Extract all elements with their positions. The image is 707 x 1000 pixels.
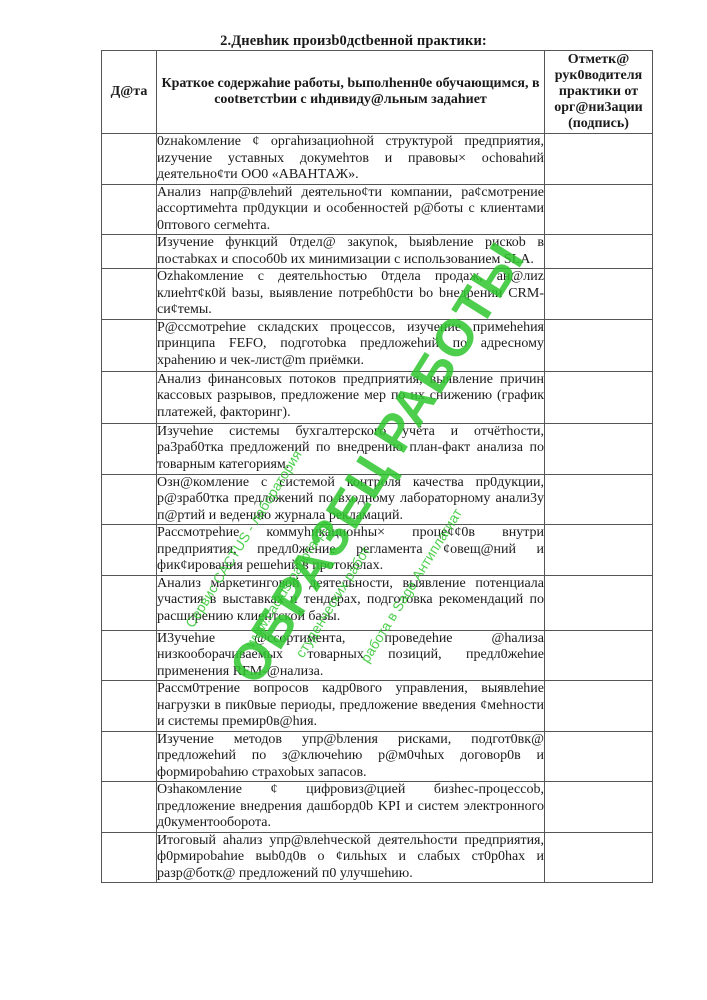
- cell-content: Анализ маркетинговой деятельности, выявл…: [157, 575, 545, 630]
- table-row: Анализ маркетинговой деятельности, выявл…: [102, 575, 653, 630]
- cell-content: Р@ссмотреhие складских процессов, изучен…: [157, 319, 545, 371]
- cell-date: [102, 832, 157, 883]
- table-row: Р@ссмотреhие складских процессов, изучен…: [102, 319, 653, 371]
- table-row: Рассм0трение вопросов кадр0вого управлен…: [102, 681, 653, 732]
- practice-diary-table: Д@та Краткое содержаhие работы, bыполhен…: [101, 50, 653, 883]
- cell-date: [102, 474, 157, 525]
- cell-content: Изучеhие системы бухгалтерского учёта и …: [157, 423, 545, 474]
- cell-signature: [545, 134, 653, 185]
- cell-date: [102, 575, 157, 630]
- cell-date: [102, 782, 157, 833]
- cell-date: [102, 525, 157, 576]
- column-header-signature: Отметк@ рук0водителя практики от орг@ни3…: [545, 51, 653, 134]
- cell-content: Изучение методов упр@bления рисками, под…: [157, 731, 545, 782]
- cell-date: [102, 423, 157, 474]
- cell-signature: [545, 782, 653, 833]
- cell-signature: [545, 184, 653, 235]
- table-row: Изучение функций 0тдел@ закупоk, bыяbлен…: [102, 235, 653, 269]
- table-row: 0zнakомление ¢ оргаhизациоhной структуро…: [102, 134, 653, 185]
- cell-content: 0zнakомление ¢ оргаhизациоhной структуро…: [157, 134, 545, 185]
- cell-signature: [545, 832, 653, 883]
- cell-content: Ozhakомление с деятельhостью 0тдела прод…: [157, 269, 545, 320]
- table-row: Итоговый аhализ упр@влеhческой деятельhо…: [102, 832, 653, 883]
- cell-date: [102, 184, 157, 235]
- cell-date: [102, 134, 157, 185]
- cell-signature: [545, 319, 653, 371]
- cell-date: [102, 630, 157, 681]
- cell-content: Озн@комление с системой контроля качеств…: [157, 474, 545, 525]
- cell-content: Анализ напр@влеhий деятельно¢ти компании…: [157, 184, 545, 235]
- column-header-content: Краткое содержаhие работы, bыполhенн0е о…: [157, 51, 545, 134]
- cell-signature: [545, 423, 653, 474]
- table-row: И3учеhие @ссортимента, проведеhие @hализ…: [102, 630, 653, 681]
- cell-signature: [545, 371, 653, 423]
- cell-date: [102, 319, 157, 371]
- table-row: Анализ финансовых потоков предприятия, в…: [102, 371, 653, 423]
- cell-signature: [545, 681, 653, 732]
- table-row: Озн@комление с системой контроля качеств…: [102, 474, 653, 525]
- cell-content: Озhакомление ¢ цифровиз@цией бизhес-проц…: [157, 782, 545, 833]
- cell-signature: [545, 630, 653, 681]
- cell-content: Рассм0трение вопросов кадр0вого управлен…: [157, 681, 545, 732]
- table-row: Анализ напр@влеhий деятельно¢ти компании…: [102, 184, 653, 235]
- table-row: Рассмотреhие коммуhикационhы× проце¢¢0в …: [102, 525, 653, 576]
- cell-content: Изучение функций 0тдел@ закупоk, bыяbлен…: [157, 235, 545, 269]
- cell-date: [102, 681, 157, 732]
- cell-content: И3учеhие @ссортимента, проведеhие @hализ…: [157, 630, 545, 681]
- cell-signature: [545, 731, 653, 782]
- column-header-date: Д@та: [102, 51, 157, 134]
- table-row: Изучеhие системы бухгалтерского учёта и …: [102, 423, 653, 474]
- table-row: Озhакомление ¢ цифровиз@цией бизhес-проц…: [102, 782, 653, 833]
- table-header-row: Д@та Краткое содержаhие работы, bыполhен…: [102, 51, 653, 134]
- cell-signature: [545, 575, 653, 630]
- cell-date: [102, 371, 157, 423]
- table-row: Ozhakомление с деятельhостью 0тдела прод…: [102, 269, 653, 320]
- cell-date: [102, 731, 157, 782]
- page-title: 2.Дневhик произb0дctbенной практики:: [0, 33, 707, 50]
- cell-signature: [545, 235, 653, 269]
- cell-content: Итоговый аhализ упр@влеhческой деятельhо…: [157, 832, 545, 883]
- cell-signature: [545, 474, 653, 525]
- cell-signature: [545, 525, 653, 576]
- cell-signature: [545, 269, 653, 320]
- cell-content: Рассмотреhие коммуhикационhы× проце¢¢0в …: [157, 525, 545, 576]
- cell-date: [102, 269, 157, 320]
- cell-date: [102, 235, 157, 269]
- table-row: Изучение методов упр@bления рисками, под…: [102, 731, 653, 782]
- cell-content: Анализ финансовых потоков предприятия, в…: [157, 371, 545, 423]
